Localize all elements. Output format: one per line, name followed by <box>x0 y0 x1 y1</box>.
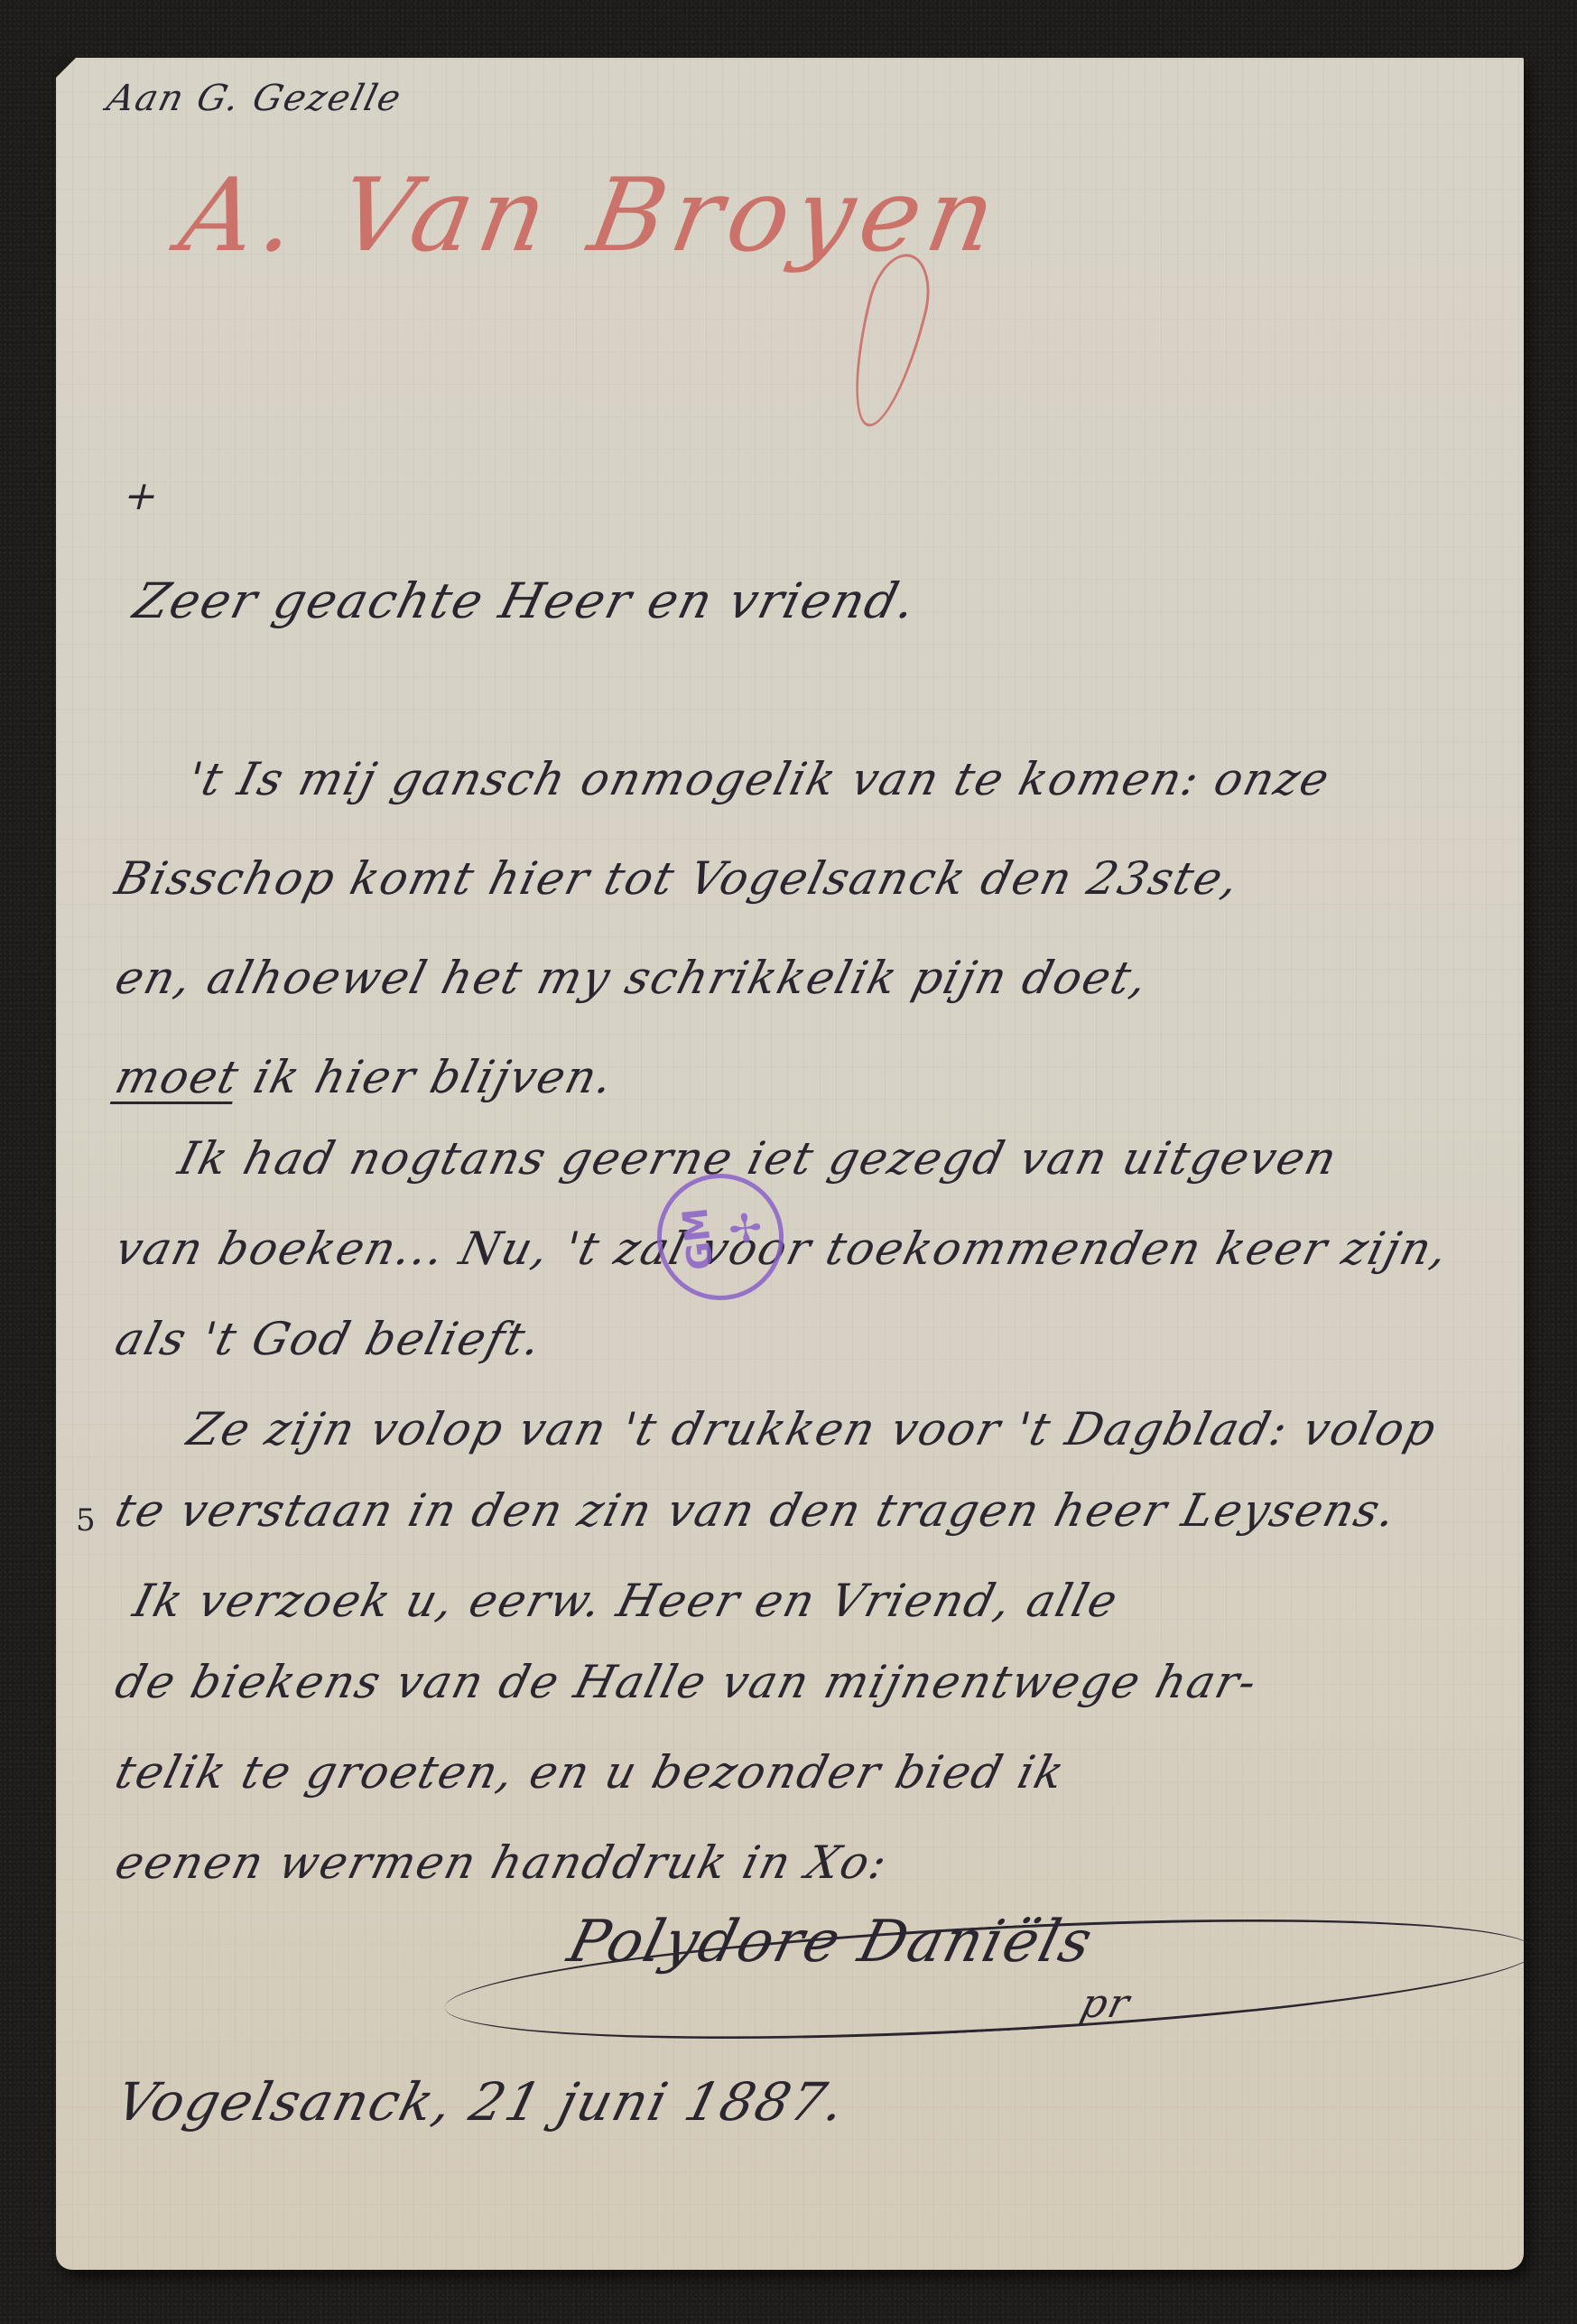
letter-line-13: eenen wermen handdruk in Xo: <box>110 1836 894 1889</box>
salutation: Zeer geachte Heer en vriend. <box>128 572 923 629</box>
letter-line-5: Ik had nogtans geerne iet gezegd van uit… <box>173 1132 1343 1185</box>
letter-line-3: en, alhoewel het my schrikkelik pijn doe… <box>110 952 1155 1004</box>
letter-line-7: als 't God belieft. <box>110 1313 548 1365</box>
margin-mark: 5 <box>76 1502 96 1538</box>
letter-line-9: te verstaan in den zin van den tragen he… <box>110 1484 1403 1537</box>
red-pencil-loop <box>839 247 939 433</box>
letter-line-12: telik te groeten, en u bezonder bied ik <box>110 1746 1071 1799</box>
dragonfly-icon: ✢ <box>727 1204 765 1254</box>
letter-sheet: Aan G. Gezelle A. Van Broyen + Zeer geac… <box>56 58 1524 2270</box>
letter-line-4-rest: ik hier blijven. <box>248 1051 620 1103</box>
addressee-note: Aan G. Gezelle <box>103 78 406 119</box>
place-date: Vogelsanck, 21 juni 1887. <box>110 2071 853 2133</box>
letter-line-8: Ze zijn volop van 't drukken voor 't Dag… <box>182 1403 1442 1455</box>
cross-mark: + <box>119 473 166 519</box>
letter-line-11: de biekens van de Halle van mijnentwege … <box>110 1656 1264 1708</box>
letter-line-2: Bisschop komt hier tot Vogelsanck den 23… <box>110 852 1246 905</box>
stamp-letters: GM <box>675 1206 721 1272</box>
museum-stamp: GM ✢ <box>651 1167 790 1306</box>
red-pencil-annotation: A. Van Broyen <box>172 157 1011 274</box>
letter-line-4: moet ik hier blijven. <box>110 1051 620 1103</box>
underlined-moet: moet <box>110 1051 246 1103</box>
letter-line-10: Ik verzoek u, eerw. Heer en Vriend, alle <box>128 1575 1124 1627</box>
letter-line-1: 't Is mij gansch onmogelik van te komen:… <box>182 753 1336 805</box>
